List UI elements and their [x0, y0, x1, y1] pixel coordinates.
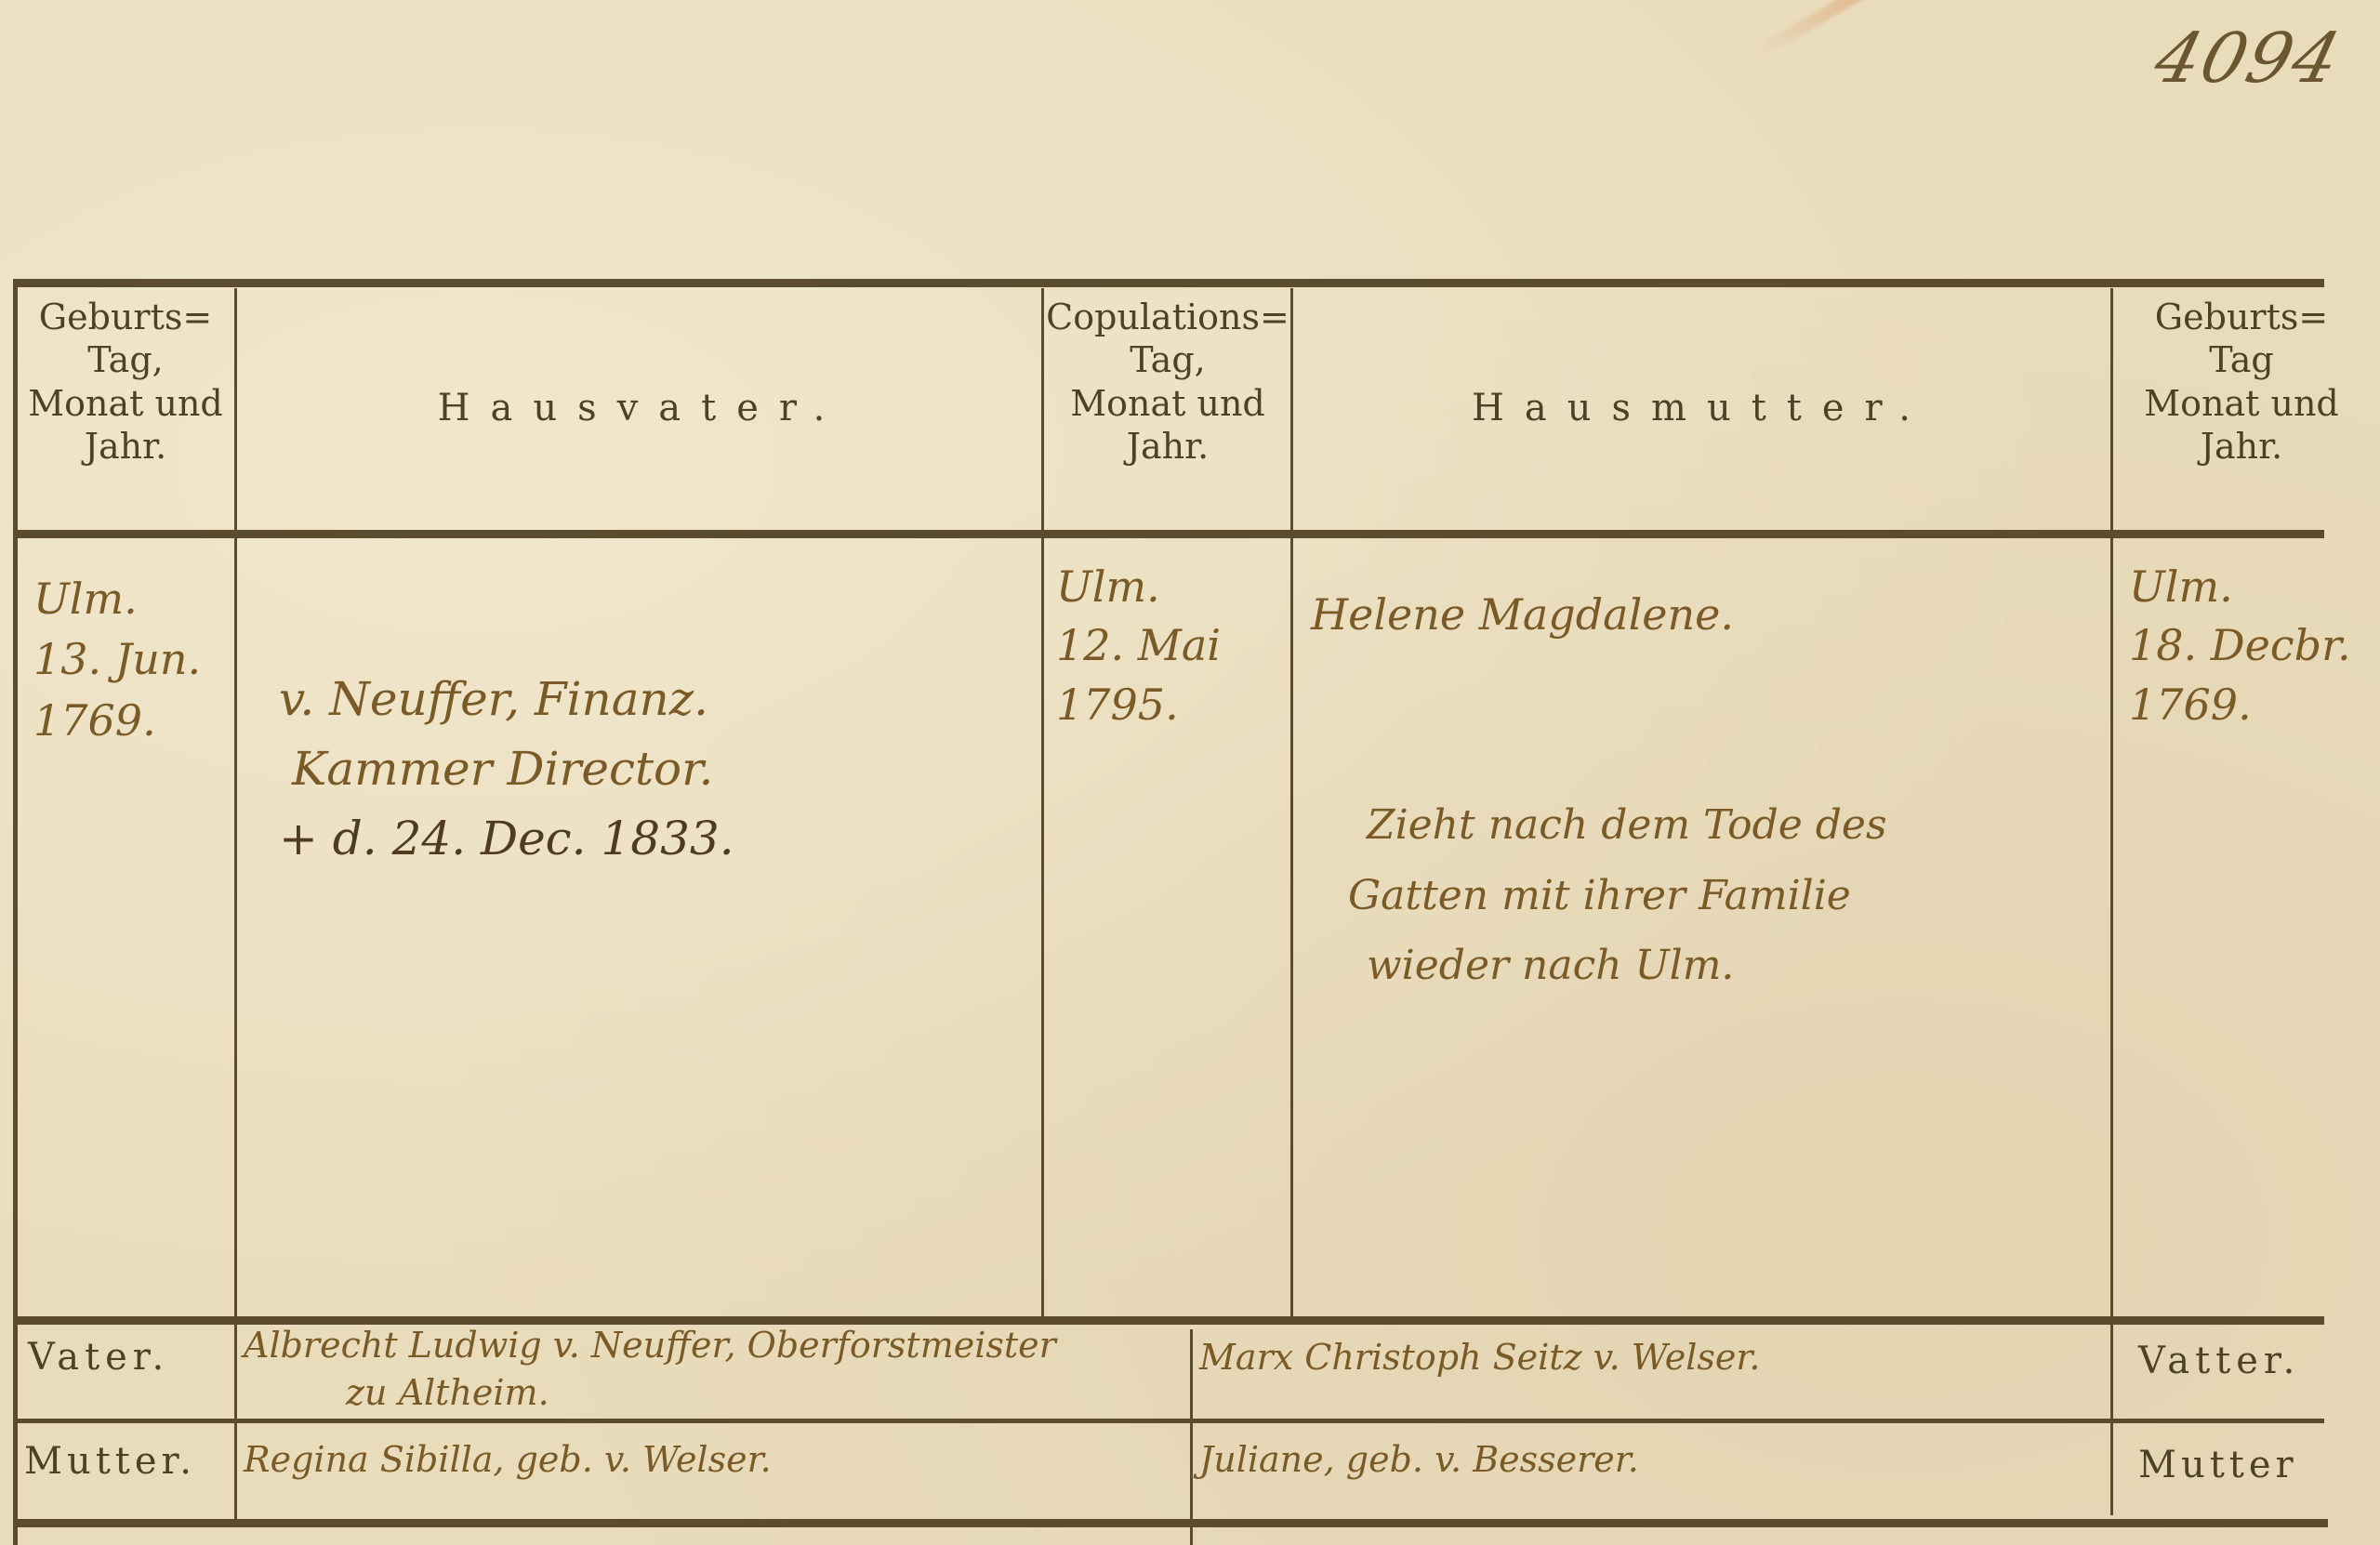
page-number: 4094	[2147, 19, 2349, 99]
col-divider-parents	[1190, 1329, 1193, 1545]
col-divider-1	[234, 288, 237, 1525]
entry-copulation: Ulm. 12. Mai 1795.	[1056, 558, 1289, 734]
label-mutter-left: Mutter.	[24, 1439, 234, 1485]
entry-father-birth: Ulm. 13. Jun. 1769.	[33, 569, 229, 751]
vater-row-bottom-rule	[13, 1419, 2324, 1423]
paper-stain	[1754, 0, 2131, 59]
header-birth-date-right: Geburts= Tag Monat und Jahr.	[2116, 296, 2367, 468]
col-divider-2	[1041, 288, 1044, 1320]
left-border	[13, 279, 18, 1545]
header-bottom-rule	[13, 530, 2324, 538]
mutter-right-value: Juliane, geb. v. Besserer.	[1199, 1437, 2101, 1483]
entry-hausmutter-name: Helene Magdalene.	[1311, 588, 2055, 643]
header-copulation-date: Copulations= Tag, Monat und Jahr.	[1045, 296, 1290, 468]
vater-right-value: Marx Christoph Seitz v. Welser.	[1199, 1335, 2101, 1380]
header-hausvater: Hausvater.	[242, 386, 1041, 431]
vater-left-value: Albrecht Ludwig v. Neuffer, Oberforstmei…	[244, 1322, 1183, 1418]
mutter-left-value: Regina Sibilla, geb. v. Welser.	[244, 1437, 1183, 1483]
entry-hausmutter-note: Zieht nach dem Tode des Gatten mit ihrer…	[1348, 790, 2092, 1001]
col-divider-4	[2110, 288, 2113, 1515]
table-top-rule	[13, 279, 2324, 287]
header-hausmutter: Hausmutter.	[1297, 386, 2106, 431]
label-vater-left: Vater.	[28, 1335, 232, 1380]
entry-mother-birth: Ulm. 18. Decbr. 1769.	[2129, 558, 2371, 734]
col-divider-3	[1290, 288, 1293, 1320]
mutter-row-bottom-rule	[13, 1519, 2328, 1527]
entry-hausvater: v. Neuffer, Finanz. Kammer Director. + d…	[279, 665, 1023, 874]
label-mutter-right: Mutter	[2138, 1443, 2371, 1488]
label-vater-right: Vatter.	[2138, 1339, 2371, 1384]
header-birth-date-left: Geburts= Tag, Monat und Jahr.	[19, 296, 232, 468]
